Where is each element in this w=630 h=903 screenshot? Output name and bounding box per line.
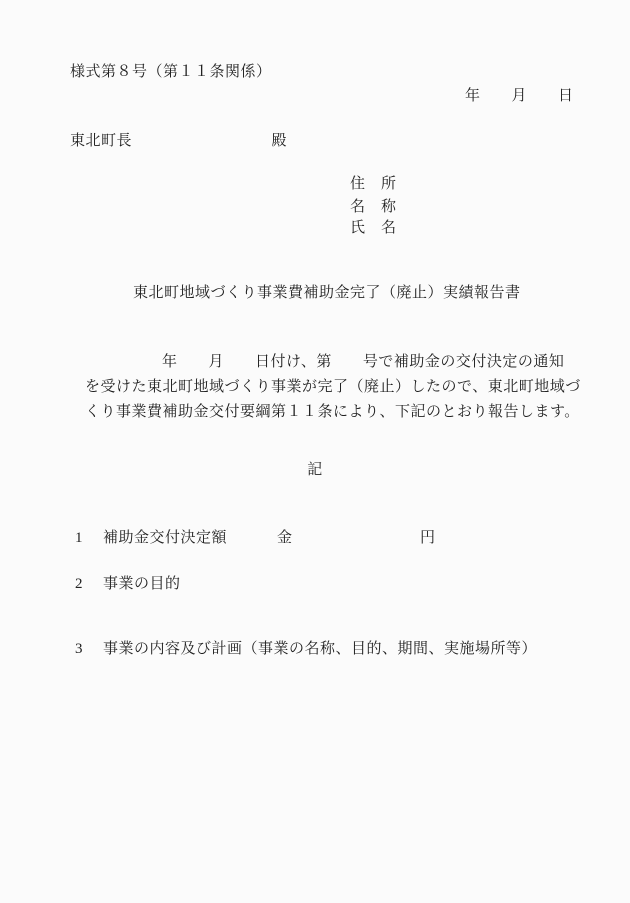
sender-org-name-label: 名 称: [350, 199, 397, 215]
body-paragraph-line-2: を受けた東北町地域づくり事業が完了（廃止）したので、東北町地域づ: [85, 379, 581, 395]
item-row-2: 2 事業の目的: [0, 576, 630, 592]
item-3-label: 事業の内容及び計画（事業の名称、目的、期間、実施場所等）: [103, 641, 537, 657]
addressee-line: 東北町長 殿: [70, 133, 287, 149]
date-placeholder-line: 年 月 日: [465, 88, 574, 104]
item-1-amount-prefix: 金: [277, 530, 293, 546]
body-paragraph-line-3: くり事業費補助金交付要綱第１１条により、下記のとおり報告します。: [85, 404, 580, 420]
item-row-1: 1 補助金交付決定額 金 円: [0, 530, 630, 546]
sender-address-label: 住 所: [350, 176, 397, 192]
item-row-3: 3 事業の内容及び計画（事業の名称、目的、期間、実施場所等）: [0, 641, 630, 657]
item-1-number: 1: [75, 530, 83, 546]
document-page: 様式第８号（第１１条関係） 年 月 日 東北町長 殿 住 所 名 称 氏 名 東…: [0, 0, 630, 903]
body-paragraph-line-1: 年 月 日付け、第 号で補助金の交付決定の通知: [162, 354, 564, 370]
notation-marker: 記: [0, 462, 630, 478]
document-title: 東北町地域づくり事業費補助金完了（廃止）実績報告書: [133, 285, 521, 301]
item-2-number: 2: [75, 576, 83, 592]
item-1-amount-suffix: 円: [420, 530, 436, 546]
item-3-number: 3: [75, 641, 83, 657]
item-1-label: 補助金交付決定額: [103, 530, 227, 546]
form-number: 様式第８号（第１１条関係）: [70, 64, 272, 80]
sender-person-name-label: 氏 名: [350, 220, 397, 236]
item-2-label: 事業の目的: [103, 576, 181, 592]
